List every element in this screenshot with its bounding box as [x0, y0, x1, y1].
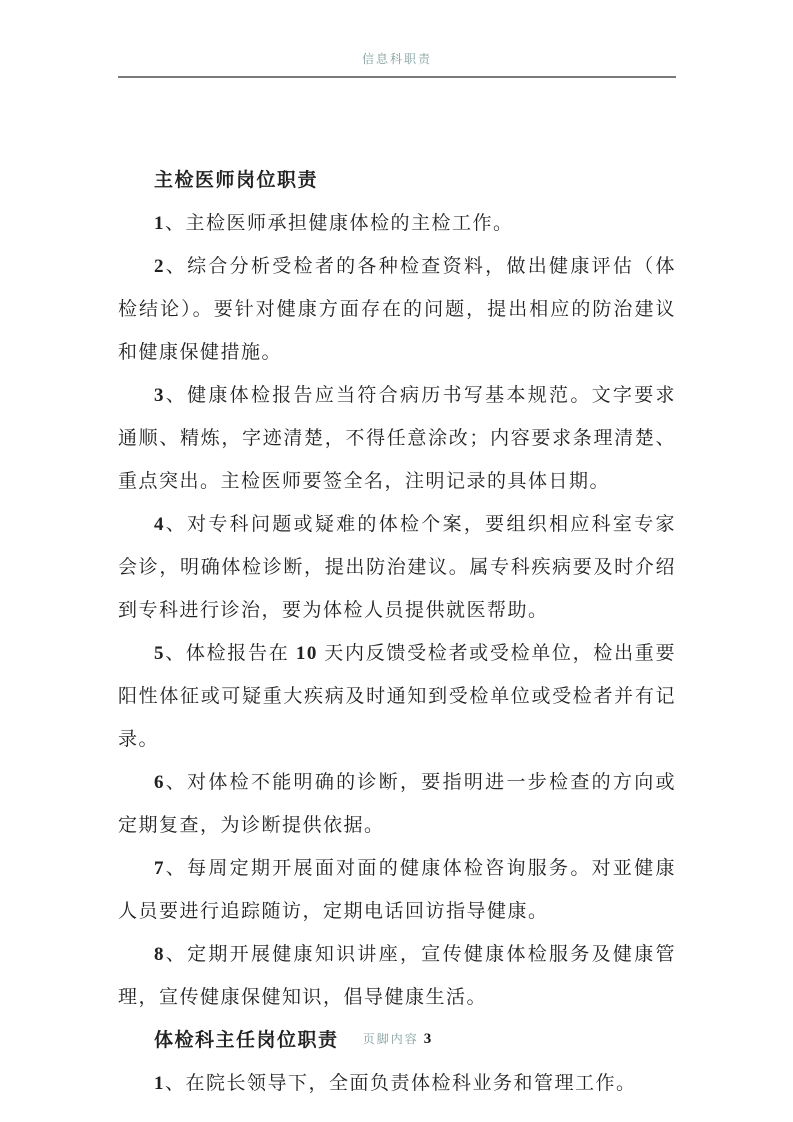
bold-text-segment: 5 [154, 643, 165, 664]
bold-text-segment: 4 [154, 514, 165, 535]
footer-page-number: 3 [424, 1031, 432, 1047]
paragraph: 7、每周定期开展面对面的健康体检咨询服务。对亚健康人员要进行追踪随访，定期电话回… [118, 847, 676, 933]
text-segment: 、综合分析受检者的各种检查资料，做出健康评估（体检结论）。要针对健康方面存在的问… [118, 256, 676, 363]
bold-text-segment: 6 [154, 772, 165, 793]
bold-text-segment: 2 [154, 256, 165, 277]
page-header: 信息科职责 [118, 50, 676, 78]
document-page: 信息科职责 主检医师岗位职责1、主检医师承担健康体检的主检工作。2、综合分析受检… [0, 0, 793, 1122]
paragraph: 8、定期开展健康知识讲座，宣传健康体检服务及健康管理，宣传健康保健知识，倡导健康… [118, 933, 676, 1019]
text-segment: 、主检医师承担健康体检的主检工作。 [165, 213, 514, 234]
text-segment: 、定期开展健康知识讲座，宣传健康体检服务及健康管理，宣传健康保健知识，倡导健康生… [118, 944, 676, 1008]
paragraph: 3、健康体检报告应当符合病历书写基本规范。文字要求通顺、精炼，字迹清楚，不得任意… [118, 374, 676, 503]
document-body: 主检医师岗位职责1、主检医师承担健康体检的主检工作。2、综合分析受检者的各种检查… [118, 159, 676, 1105]
page-footer: 页脚内容 3 [118, 1030, 676, 1048]
header-title: 信息科职责 [362, 52, 432, 66]
text-segment: 、对体检不能明确的诊断，要指明进一步检查的方向或定期复查，为诊断提供依据。 [118, 772, 676, 836]
paragraph: 2、综合分析受检者的各种检查资料，做出健康评估（体检结论）。要针对健康方面存在的… [118, 245, 676, 374]
text-segment: 、每周定期开展面对面的健康体检咨询服务。对亚健康人员要进行追踪随访，定期电话回访… [118, 858, 676, 922]
text-segment: 、体检报告在 [165, 643, 296, 664]
footer-label: 页脚内容 [363, 1032, 419, 1046]
paragraph: 6、对体检不能明确的诊断，要指明进一步检查的方向或定期复查，为诊断提供依据。 [118, 761, 676, 847]
paragraph: 4、对专科问题或疑难的体检个案，要组织相应科室专家会诊，明确体检诊断，提出防治建… [118, 503, 676, 632]
bold-text-segment: 1 [154, 213, 165, 234]
text-segment: 、对专科问题或疑难的体检个案，要组织相应科室专家会诊，明确体检诊断，提出防治建议… [118, 514, 676, 621]
bold-text-segment: 8 [154, 944, 165, 965]
text-segment: 、在院长领导下，全面负责体检科业务和管理工作。 [165, 1073, 637, 1094]
section-heading: 主检医师岗位职责 [118, 159, 676, 202]
paragraph: 1、在院长领导下，全面负责体检科业务和管理工作。 [118, 1062, 676, 1105]
bold-text-segment: 1 [154, 1073, 165, 1094]
bold-text-segment: 3 [154, 385, 165, 406]
paragraph: 1、主检医师承担健康体检的主检工作。 [118, 202, 676, 245]
text-segment: 、健康体检报告应当符合病历书写基本规范。文字要求通顺、精炼，字迹清楚，不得任意涂… [118, 385, 676, 492]
bold-text-segment: 10 [296, 643, 318, 664]
bold-text-segment: 7 [154, 858, 165, 879]
paragraph: 5、体检报告在 10 天内反馈受检者或受检单位，检出重要阳性体征或可疑重大疾病及… [118, 632, 676, 761]
